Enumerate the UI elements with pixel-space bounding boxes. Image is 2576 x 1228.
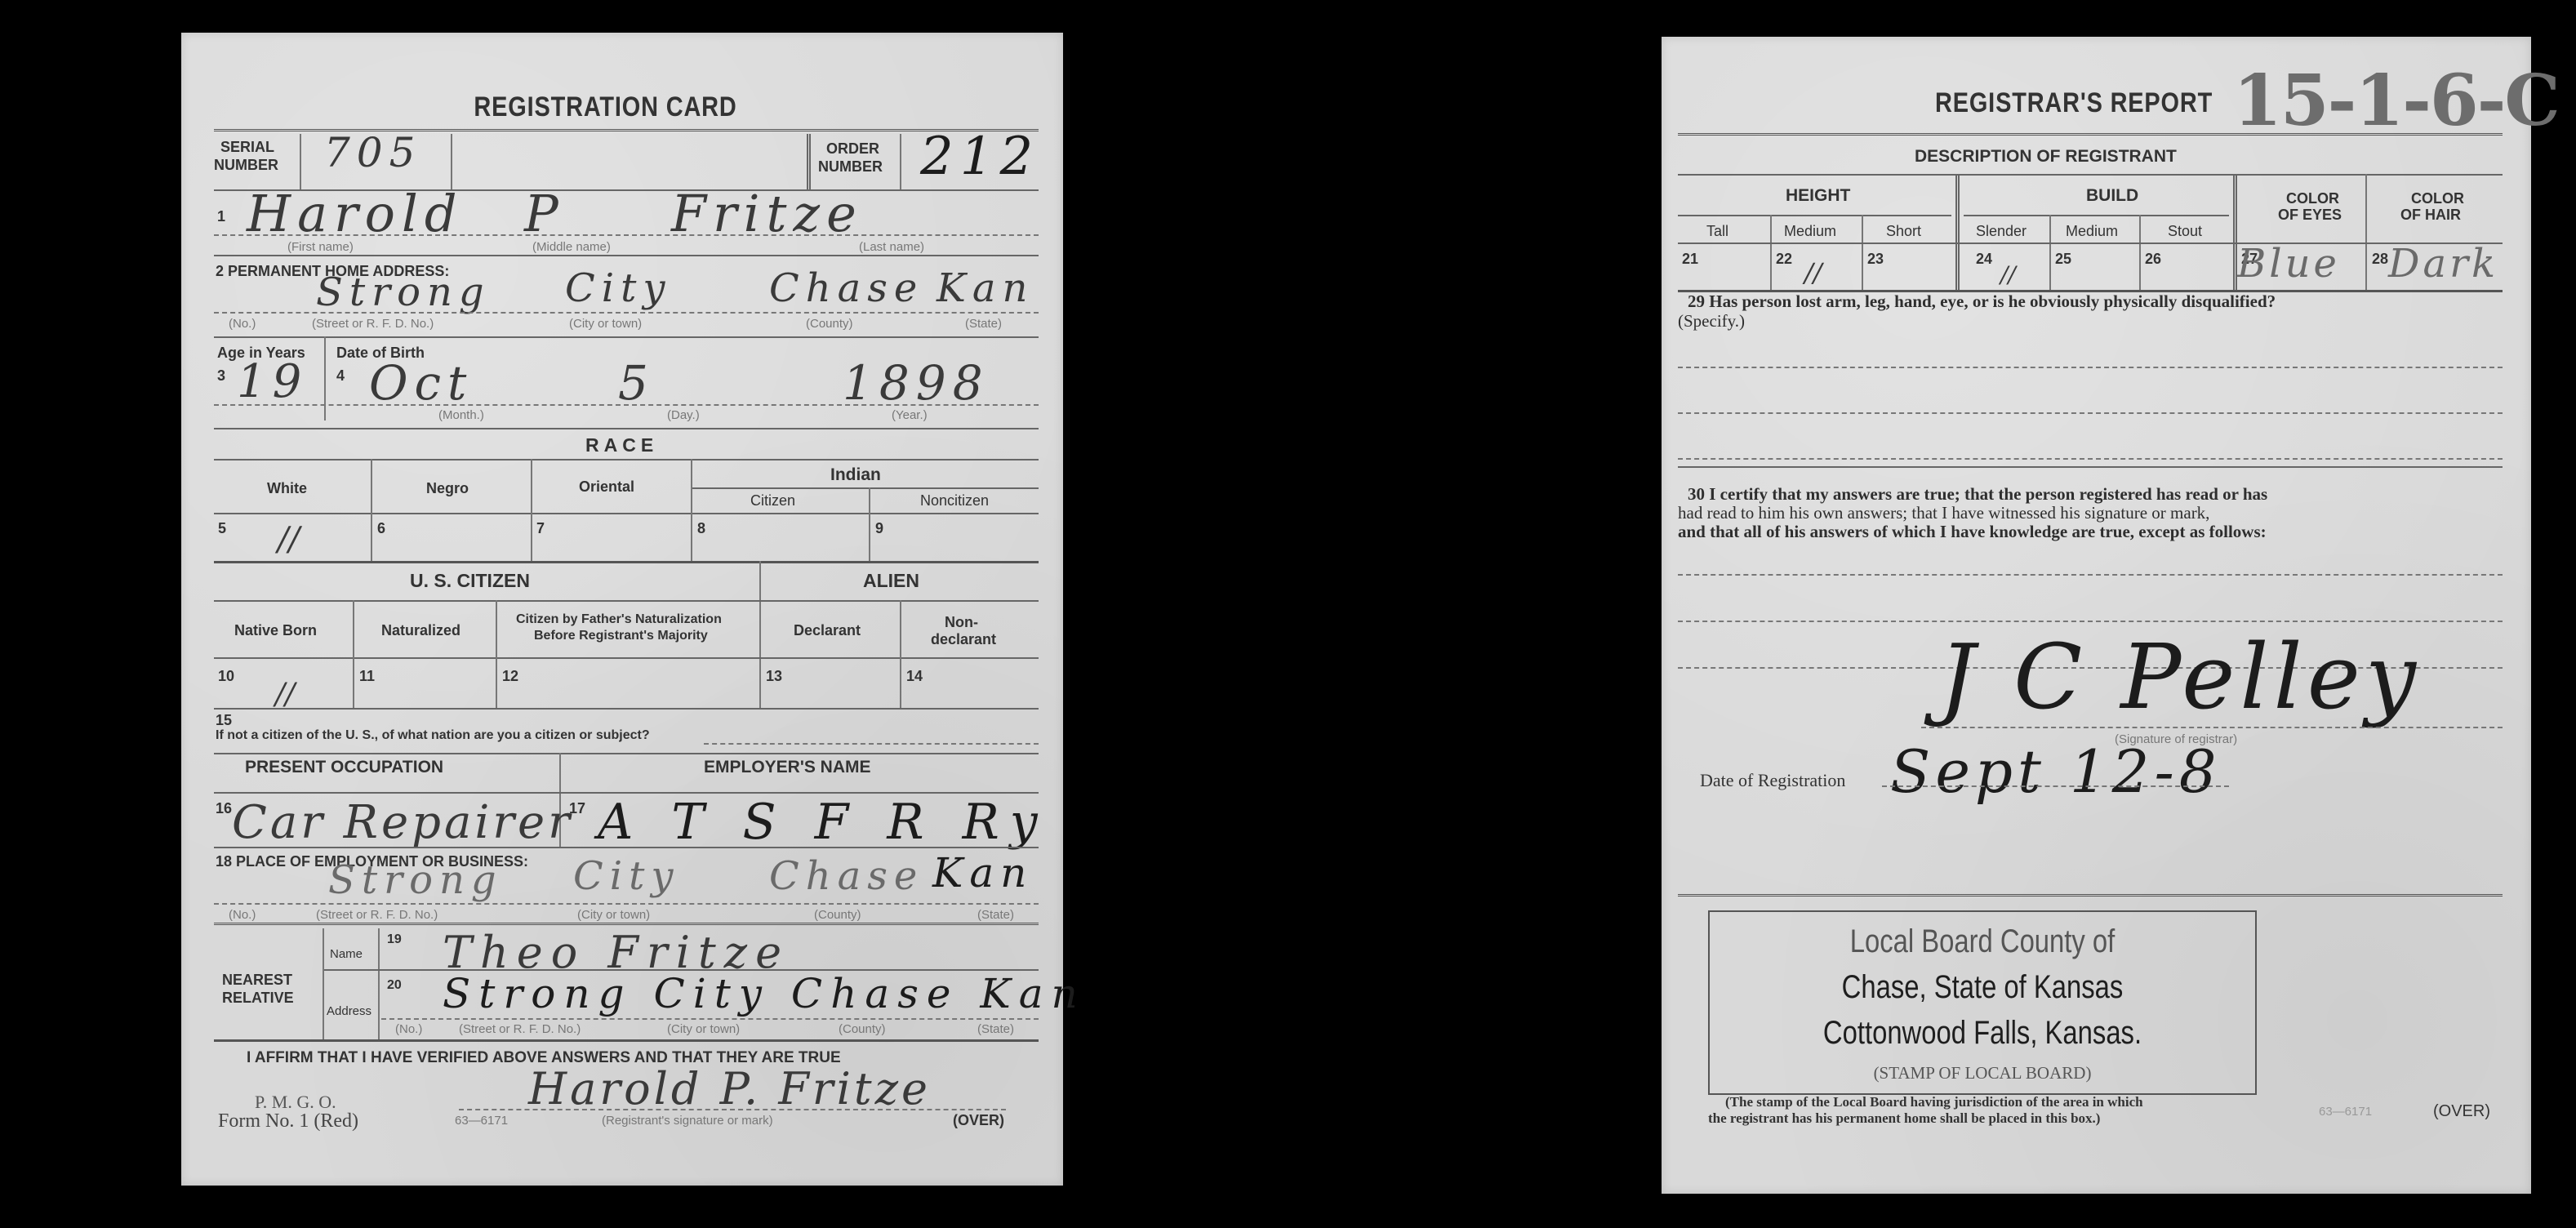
form-code: 63—6171 bbox=[455, 1114, 508, 1128]
address-label-state: (State) bbox=[965, 317, 1002, 331]
divider bbox=[214, 255, 1039, 256]
employment-city-value: City bbox=[573, 853, 679, 899]
divider bbox=[1678, 894, 2503, 900]
divider bbox=[2049, 215, 2051, 290]
divider bbox=[214, 708, 1039, 710]
native-born-label: Native Born bbox=[234, 622, 317, 639]
divider bbox=[214, 847, 1039, 848]
divider bbox=[1678, 242, 2503, 244]
divider bbox=[1964, 215, 2229, 216]
date-of-registration-label: Date of Registration bbox=[1700, 770, 1845, 791]
naturalized-label: Naturalized bbox=[381, 622, 460, 639]
nearest-relative-label-2: RELATIVE bbox=[222, 990, 294, 1007]
field-number: 23 bbox=[1867, 251, 1884, 268]
height-short-label: Short bbox=[1886, 223, 1921, 240]
registrant-signature: Harold P. Fritze bbox=[528, 1063, 931, 1115]
divider bbox=[900, 134, 901, 189]
report-title: REGISTRAR'S REPORT bbox=[1935, 87, 2213, 119]
over-label: (OVER) bbox=[953, 1112, 1004, 1129]
divider bbox=[1862, 215, 1863, 290]
hair-value: Dark bbox=[2388, 241, 2498, 287]
address-label-city: (City or town) bbox=[569, 317, 642, 331]
employment-label-no: (No.) bbox=[229, 908, 256, 922]
description-heading: DESCRIPTION OF REGISTRANT bbox=[1915, 147, 2177, 167]
date-line bbox=[1882, 785, 2229, 787]
divider bbox=[1678, 174, 2503, 176]
divider bbox=[900, 600, 901, 708]
race-white-mark: // bbox=[278, 521, 300, 558]
divider bbox=[692, 487, 1039, 489]
divider bbox=[214, 1039, 1039, 1042]
nation-answer-line bbox=[704, 743, 1039, 745]
nearest-relative-label: NEAREST bbox=[222, 972, 292, 989]
father-naturalization-label: Citizen by Father's Naturalization bbox=[516, 612, 722, 627]
divider bbox=[371, 459, 372, 561]
eyes-value: Blue bbox=[2237, 241, 2340, 287]
date-of-registration-value: Sept 12-8 bbox=[1890, 737, 2222, 806]
field-number: 16 bbox=[216, 800, 232, 817]
relative-address-label: Address bbox=[327, 1004, 371, 1018]
stamp-note-line-2: the registrant has his permanent home sh… bbox=[1708, 1110, 2100, 1127]
employment-label-state: (State) bbox=[977, 908, 1014, 922]
relative-label-no: (No.) bbox=[395, 1022, 422, 1036]
declarant-label: Declarant bbox=[794, 622, 861, 639]
field-number: 25 bbox=[2055, 251, 2071, 268]
form-number: Form No. 1 (Red) bbox=[218, 1110, 358, 1132]
registrar-signature: J C Pelley bbox=[1939, 625, 2421, 729]
height-medium-mark: // bbox=[1804, 257, 1822, 288]
father-naturalization-label-2: Before Registrant's Majority bbox=[534, 629, 708, 643]
employment-county-value: Chase bbox=[769, 853, 923, 899]
registrant-signature-label: (Registrant's signature or mark) bbox=[602, 1114, 773, 1128]
hair-heading-2: OF HAIR bbox=[2400, 207, 2461, 224]
divider bbox=[214, 336, 1039, 338]
divider bbox=[214, 657, 1039, 659]
stamp-line-3: Cottonwood Falls, Kansas. bbox=[1759, 1015, 2206, 1052]
divider bbox=[214, 428, 1039, 429]
serial-number-value: 705 bbox=[324, 129, 421, 176]
stamp-line-1: Local Board County of bbox=[1759, 923, 2206, 960]
birth-day-value: 5 bbox=[618, 355, 655, 411]
local-board-stamp-box: Local Board County of Chase, State of Ka… bbox=[1708, 910, 2257, 1095]
relative-label-state: (State) bbox=[977, 1022, 1014, 1036]
field-number: 21 bbox=[1682, 251, 1698, 268]
stamp-note-line-1: (The stamp of the Local Board having jur… bbox=[1725, 1094, 2143, 1110]
divider bbox=[1955, 174, 1960, 290]
native-born-mark: // bbox=[275, 678, 295, 711]
divider bbox=[214, 753, 1039, 754]
card-title: REGISTRATION CARD bbox=[474, 91, 736, 123]
dotted-line bbox=[214, 312, 1039, 314]
divider bbox=[214, 513, 1039, 514]
dotted-line bbox=[381, 1018, 1039, 1020]
build-medium-label: Medium bbox=[2066, 223, 2118, 240]
dotted-line bbox=[214, 234, 1039, 236]
build-slender-label: Slender bbox=[1976, 223, 2027, 240]
build-stout-label: Stout bbox=[2168, 223, 2202, 240]
nondeclarant-label: Non- bbox=[945, 614, 978, 631]
divider bbox=[496, 600, 497, 708]
divider bbox=[214, 459, 1039, 461]
field-number: 14 bbox=[906, 668, 923, 685]
field-number: 20 bbox=[387, 978, 402, 993]
address-label-no: (No.) bbox=[229, 317, 256, 331]
employment-street-value: Strong bbox=[328, 857, 503, 903]
field-number: 24 bbox=[1976, 251, 1992, 268]
field-number: 9 bbox=[875, 520, 883, 537]
serial-label-2: NUMBER bbox=[214, 157, 278, 174]
employment-label-city: (City or town) bbox=[577, 908, 650, 922]
divider bbox=[214, 600, 1039, 602]
birth-month-label: (Month.) bbox=[438, 408, 484, 422]
first-name-label: (First name) bbox=[287, 240, 354, 254]
divider bbox=[300, 134, 301, 189]
question-29-specify: (Specify.) bbox=[1678, 311, 1745, 331]
occupation-value: Car Repairer bbox=[232, 796, 573, 849]
answer-line bbox=[1678, 458, 2503, 460]
field-number: 19 bbox=[387, 932, 402, 947]
answer-line bbox=[1678, 412, 2503, 414]
answer-line bbox=[1678, 621, 2503, 622]
signature-line bbox=[459, 1109, 1006, 1110]
field-number: 4 bbox=[336, 367, 345, 385]
divider bbox=[1770, 215, 1772, 290]
file-number-stamp: 15-1-6-C bbox=[2233, 60, 2559, 142]
home-county-value: Chase bbox=[769, 265, 923, 311]
home-state-value: Kan bbox=[937, 265, 1034, 311]
field-number: 15 bbox=[216, 712, 232, 729]
divider bbox=[214, 898, 1039, 901]
divider bbox=[214, 561, 1039, 563]
stamp-line-2: Chase, State of Kansas bbox=[1759, 969, 2206, 1006]
divider bbox=[869, 487, 870, 561]
occupation-heading: PRESENT OCCUPATION bbox=[245, 758, 443, 777]
employer-value: A T S F R Ry bbox=[598, 794, 1049, 851]
alien-heading: ALIEN bbox=[863, 570, 919, 592]
field-number: 5 bbox=[218, 520, 226, 537]
registration-card: REGISTRATION CARD SERIAL NUMBER 705 ORDE… bbox=[181, 33, 1063, 1186]
field-number: 7 bbox=[536, 520, 545, 537]
nondeclarant-label-2: declarant bbox=[931, 631, 996, 648]
middle-name-label: (Middle name) bbox=[532, 240, 611, 254]
relative-label-county: (County) bbox=[839, 1022, 886, 1036]
divider bbox=[353, 600, 354, 708]
divider bbox=[807, 134, 811, 189]
build-heading: BUILD bbox=[2086, 186, 2138, 206]
field-number: 13 bbox=[766, 668, 782, 685]
divider bbox=[2139, 215, 2141, 290]
employer-heading: EMPLOYER'S NAME bbox=[704, 758, 871, 777]
report-over-label: (OVER) bbox=[2433, 1102, 2490, 1121]
birth-month-value: Oct bbox=[369, 355, 473, 411]
registrars-report-card: REGISTRAR'S REPORT 15-1-6-C DESCRIPTION … bbox=[1662, 37, 2531, 1194]
home-street-value: Strong bbox=[316, 269, 491, 315]
last-name-label: (Last name) bbox=[859, 240, 924, 254]
order-label-2: NUMBER bbox=[818, 158, 883, 176]
field-number: 11 bbox=[359, 668, 375, 685]
employment-label-county: (County) bbox=[814, 908, 861, 922]
age-value: 19 bbox=[237, 355, 308, 408]
address-label-county: (County) bbox=[806, 317, 853, 331]
divider bbox=[531, 459, 532, 561]
question-30-line-2: had read to him his own answers; that I … bbox=[1678, 503, 2209, 523]
hair-heading: COLOR bbox=[2411, 190, 2464, 207]
race-heading: RACE bbox=[585, 434, 658, 456]
question-30-line-3: and that all of his answers of which I h… bbox=[1678, 522, 2267, 541]
race-indian-noncitizen-label: Noncitizen bbox=[920, 492, 989, 509]
stamp-caption: (STAMP OF LOCAL BOARD) bbox=[1710, 1063, 2255, 1083]
build-slender-mark: // bbox=[2000, 261, 2016, 288]
relative-label-city: (City or town) bbox=[667, 1022, 740, 1036]
field-number: 10 bbox=[218, 668, 234, 685]
us-citizen-heading: U. S. CITIZEN bbox=[410, 570, 530, 592]
height-tall-label: Tall bbox=[1706, 223, 1728, 240]
dotted-line bbox=[214, 404, 1039, 406]
order-label: ORDER bbox=[826, 140, 879, 158]
address-label-street: (Street or R. F. D. No.) bbox=[312, 317, 434, 331]
race-negro-label: Negro bbox=[426, 480, 469, 497]
serial-label: SERIAL bbox=[220, 139, 274, 156]
divider bbox=[1678, 215, 1951, 216]
height-heading: HEIGHT bbox=[1786, 186, 1850, 206]
birth-day-label: (Day.) bbox=[667, 408, 700, 422]
race-indian-citizen-label: Citizen bbox=[750, 492, 795, 509]
employment-label-street: (Street or R. F. D. No.) bbox=[316, 908, 438, 922]
relative-name-label: Name bbox=[330, 947, 363, 961]
home-city-value: City bbox=[565, 265, 671, 311]
order-number-value: 212 bbox=[920, 127, 1039, 187]
divider bbox=[1678, 466, 2503, 468]
field-number: 1 bbox=[217, 208, 225, 225]
answer-line bbox=[1678, 367, 2503, 368]
field-number: 26 bbox=[2145, 251, 2161, 268]
race-indian-label: Indian bbox=[830, 465, 881, 485]
employment-state-value: Kan bbox=[932, 849, 1033, 897]
divider bbox=[323, 928, 324, 1039]
nation-question: If not a citizen of the U. S., of what n… bbox=[216, 728, 650, 743]
signature-line bbox=[1921, 727, 2503, 728]
eyes-heading-2: OF EYES bbox=[2278, 207, 2342, 224]
answer-line bbox=[1678, 574, 2503, 576]
race-oriental-label: Oriental bbox=[579, 478, 634, 496]
divider bbox=[324, 336, 326, 420]
divider bbox=[1678, 133, 2503, 139]
field-number: 6 bbox=[377, 520, 385, 537]
question-30-line-1: 30 I certify that my answers are true; t… bbox=[1688, 484, 2267, 504]
divider bbox=[2365, 174, 2367, 290]
field-number: 3 bbox=[217, 367, 225, 385]
field-number: 22 bbox=[1776, 251, 1792, 268]
divider bbox=[691, 459, 692, 561]
question-29: 29 Has person lost arm, leg, hand, eye, … bbox=[1688, 291, 2276, 311]
field-number: 8 bbox=[697, 520, 705, 537]
birth-year-value: 1898 bbox=[843, 355, 990, 411]
divider bbox=[378, 928, 380, 1039]
divider bbox=[451, 134, 452, 189]
divider bbox=[759, 561, 761, 708]
birth-year-label: (Year.) bbox=[892, 408, 928, 422]
eyes-heading: COLOR bbox=[2286, 190, 2339, 207]
relative-address-value: Strong City Chase Kan bbox=[443, 970, 1086, 1017]
race-white-label: White bbox=[267, 480, 307, 497]
report-form-code: 63—6171 bbox=[2319, 1105, 2372, 1119]
height-medium-label: Medium bbox=[1784, 223, 1836, 240]
relative-label-street: (Street or R. F. D. No.) bbox=[459, 1022, 581, 1036]
field-number: 28 bbox=[2372, 251, 2388, 268]
field-number: 12 bbox=[502, 668, 518, 685]
